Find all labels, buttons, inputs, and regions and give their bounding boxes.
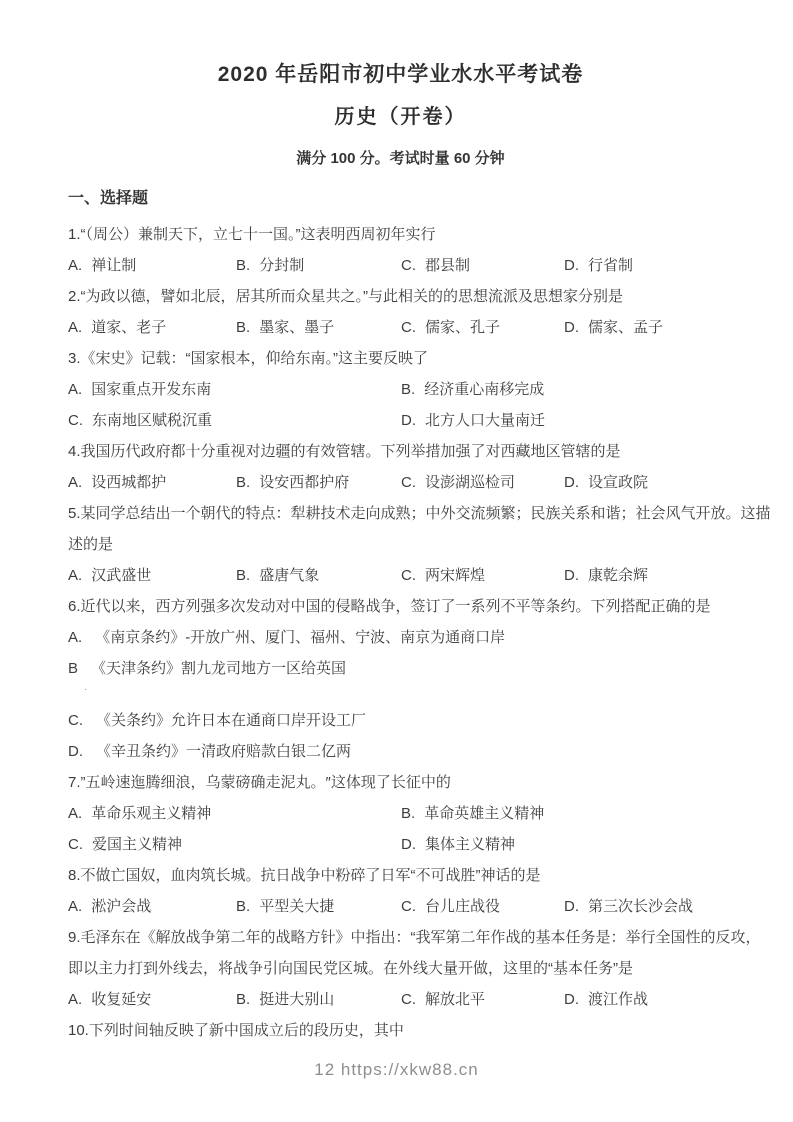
option-label: A. [68, 474, 82, 491]
options-row: C.东南地区赋税沉重 D.北方人口大量南迁 [68, 405, 733, 436]
options-row: A.禅让制 B.分封制 C.郡县制 D.行省制 [68, 250, 733, 281]
option-label: D. [564, 474, 579, 491]
option-text: 儒家、孔子 [425, 319, 500, 336]
option-b: B.盛唐气象 [236, 560, 401, 591]
option-text: 集体主义精神 [425, 836, 515, 853]
option-b: B.设安西都护府 [236, 467, 401, 498]
option-label: C. [401, 567, 416, 584]
option-text: 设西城都护 [91, 474, 166, 491]
option-label: B. [236, 257, 250, 274]
question-text: 4.我国历代政府都十分重视对边疆的有效管辖。下列举措加强了对西藏地区管辖的是 [68, 436, 733, 467]
option-text: 东南地区赋税沉重 [92, 412, 212, 429]
option-text: 《天津条约》割九龙司地方一区给英国 [91, 660, 346, 677]
option-label: D. [564, 567, 579, 584]
option-c: C.设澎湖巡检司 [401, 467, 564, 498]
option-label: B. [236, 898, 250, 915]
option-label: C. [401, 319, 416, 336]
question-6: 6.近代以来，西方列强多次发动对中国的侵略战争，签订了一系列不平等条约。下列搭配… [68, 591, 733, 767]
option-text: 第三次长沙会战 [588, 898, 693, 915]
question-4: 4.我国历代政府都十分重视对边疆的有效管辖。下列举措加强了对西藏地区管辖的是 A… [68, 436, 733, 498]
option-d: D.设宣政院 [564, 467, 733, 498]
option-a: A.汉武盛世 [68, 560, 236, 591]
option-text: 墨家、墨子 [259, 319, 334, 336]
options-row: A.道家、老子 B.墨家、墨子 C.儒家、孔子 D.儒家、孟子 [68, 312, 733, 343]
option-label: C. [401, 474, 416, 491]
option-c: C.两宋辉煌 [401, 560, 564, 591]
option-label: C. [68, 712, 83, 729]
options-row: A.设西城都护 B.设安西都护府 C.设澎湖巡检司 D.设宣政院 [68, 467, 733, 498]
option-label: D. [401, 836, 416, 853]
option-d: D.第三次长沙会战 [564, 891, 733, 922]
options-row: A.收复延安 B.挺进大别山 C.解放北平 D.渡江作战 [68, 984, 733, 1015]
option-text: 设宣政院 [588, 474, 648, 491]
option-a: A.国家重点开发东南 [68, 374, 401, 405]
option-d: D.北方人口大量南迁 [401, 405, 733, 436]
option-label: D. [401, 412, 416, 429]
option-label: B. [236, 474, 250, 491]
option-text: 平型关大捷 [259, 898, 334, 915]
option-text: 渡江作战 [588, 991, 648, 1008]
question-list: 1.“（周公）兼制天下，立七十一国。”这表明西周初年实行 A.禅让制 B.分封制… [68, 219, 733, 1046]
option-a: A.收复延安 [68, 984, 236, 1015]
page-title: 2020 年岳阳市初中学业水水平考试卷 [68, 62, 733, 88]
option-label: A. [68, 567, 82, 584]
option-a: A.道家、老子 [68, 312, 236, 343]
option-label: B. [236, 991, 250, 1008]
option-text: 革命英雄主义精神 [424, 805, 544, 822]
question-text: 5.某同学总结出一个朝代的特点：犁耕技术走向成熟；中外交流频繁；民族关系和谐；社… [68, 498, 733, 529]
option-b: B.平型关大捷 [236, 891, 401, 922]
question-text: 7.”五岭速迤腾细浪，乌蒙磅确走泥丸。″这体现了长征中的 [68, 767, 733, 798]
option-d: D.儒家、孟子 [564, 312, 733, 343]
option-text: 革命乐观主义精神 [91, 805, 211, 822]
option-a: A.《南京条约》-开放广州、厦门、福州、宁波、南京为通商口岸 [68, 622, 733, 653]
option-label: A. [68, 898, 82, 915]
question-1: 1.“（周公）兼制天下，立七十一国。”这表明西周初年实行 A.禅让制 B.分封制… [68, 219, 733, 281]
option-text: 爱国主义精神 [92, 836, 182, 853]
option-c: C.解放北平 [401, 984, 564, 1015]
option-c: C.台儿庄战役 [401, 891, 564, 922]
option-b: B.经济重心南移完成 [401, 374, 733, 405]
option-text: 设澎湖巡检司 [425, 474, 515, 491]
option-text: 台儿庄战役 [425, 898, 500, 915]
option-d: D.集体主义精神 [401, 829, 733, 860]
option-label: D. [564, 991, 579, 1008]
option-label: A. [68, 629, 82, 646]
exam-info: 满分 100 分。考试时量 60 分钟 [68, 148, 733, 170]
option-text: 淞沪会战 [91, 898, 151, 915]
exam-paper-page: 2020 年岳阳市初中学业水水平考试卷 历史（开卷） 满分 100 分。考试时量… [0, 0, 793, 1122]
option-label: C. [401, 257, 416, 274]
option-d: D.康乾余辉 [564, 560, 733, 591]
option-text: 收复延安 [91, 991, 151, 1008]
question-3: 3.《宋史》记载：“国家根本，仰给东南。”这主要反映了 A.国家重点开发东南 B… [68, 343, 733, 436]
option-label: D. [564, 898, 579, 915]
question-text: 8.不做亡国奴，血肉筑长城。抗日战争中粉碎了日军“不可战胜”神话的是 [68, 860, 733, 891]
option-c: C.郡县制 [401, 250, 564, 281]
option-label: B. [401, 381, 415, 398]
option-a: A.革命乐观主义精神 [68, 798, 401, 829]
option-a: A.淞沪会战 [68, 891, 236, 922]
option-text: 禅让制 [91, 257, 136, 274]
question-text: 3.《宋史》记载：“国家根本，仰给东南。”这主要反映了 [68, 343, 733, 374]
option-c: C.爱国主义精神 [68, 829, 401, 860]
page-footer: 12 https://xkw88.cn [0, 1058, 793, 1082]
question-text: 即以主力打到外线去，将战争引向国民党区城。在外线大量开做，这里的“基本任务”是 [68, 953, 733, 984]
option-text: 儒家、孟子 [588, 319, 663, 336]
option-text: 郡县制 [425, 257, 470, 274]
question-text: 10.下列时间轴反映了新中国成立后的段历史，其中 [68, 1015, 733, 1046]
option-text: 挺进大别山 [259, 991, 334, 1008]
option-a: A.设西城都护 [68, 467, 236, 498]
question-text: 2.“为政以德，譬如北辰，居其所而众星共之。”与此相关的的思想流派及思想家分别是 [68, 281, 733, 312]
option-label: A. [68, 381, 82, 398]
options-row: A.国家重点开发东南 B.经济重心南移完成 [68, 374, 733, 405]
option-b: B《天津条约》割九龙司地方一区给英国 [68, 653, 733, 684]
option-text: 北方人口大量南迁 [425, 412, 545, 429]
options-row: A.革命乐观主义精神 B.革命英雄主义精神 [68, 798, 733, 829]
question-text: 述的是 [68, 529, 733, 560]
option-d: D.渡江作战 [564, 984, 733, 1015]
option-text: 盛唐气象 [259, 567, 319, 584]
option-b: B.墨家、墨子 [236, 312, 401, 343]
option-text: 汉武盛世 [91, 567, 151, 584]
option-text: 《关条约》允许日本在通商口岸开设工厂 [96, 712, 366, 729]
option-label: D. [564, 319, 579, 336]
option-text: 康乾余辉 [588, 567, 648, 584]
option-label: B [68, 660, 78, 677]
option-label: A. [68, 991, 82, 1008]
option-text: 设安西都护府 [259, 474, 349, 491]
option-label: A. [68, 257, 82, 274]
option-text: 国家重点开发东南 [91, 381, 211, 398]
question-text: 1.“（周公）兼制天下，立七十一国。”这表明西周初年实行 [68, 219, 733, 250]
option-d: D.《辛丑条约》一清政府赔款白银二亿两 [68, 736, 733, 767]
option-text: 两宋辉煌 [425, 567, 485, 584]
option-label: C. [68, 412, 83, 429]
question-8: 8.不做亡国奴，血肉筑长城。抗日战争中粉碎了日军“不可战胜”神话的是 A.淞沪会… [68, 860, 733, 922]
option-c: C.东南地区赋税沉重 [68, 405, 401, 436]
option-label: B. [236, 567, 250, 584]
option-label: C. [401, 898, 416, 915]
option-label: C. [401, 991, 416, 1008]
question-5: 5.某同学总结出一个朝代的特点：犁耕技术走向成熟；中外交流频繁；民族关系和谐；社… [68, 498, 733, 591]
question-text: 9.毛泽东在《解放战争第二年的战略方针》中指出：“我军第二年作战的基本任务是：举… [68, 922, 733, 953]
options-row: A.淞沪会战 B.平型关大捷 C.台儿庄战役 D.第三次长沙会战 [68, 891, 733, 922]
question-2: 2.“为政以德，譬如北辰，居其所而众星共之。”与此相关的的思想流派及思想家分别是… [68, 281, 733, 343]
option-text: 解放北平 [425, 991, 485, 1008]
option-text: 《南京条约》-开放广州、厦门、福州、宁波、南京为通商口岸 [95, 629, 505, 646]
option-label: C. [68, 836, 83, 853]
option-label: D. [564, 257, 579, 274]
question-text: 6.近代以来，西方列强多次发动对中国的侵略战争，签订了一系列不平等条约。下列搭配… [68, 591, 733, 622]
option-d: D.行省制 [564, 250, 733, 281]
option-text: 经济重心南移完成 [424, 381, 544, 398]
section-title: 一、选择题 [68, 187, 733, 211]
option-label: A. [68, 319, 82, 336]
option-label: A. [68, 805, 82, 822]
option-c: C.儒家、孔子 [401, 312, 564, 343]
question-9: 9.毛泽东在《解放战争第二年的战略方针》中指出：“我军第二年作战的基本任务是：举… [68, 922, 733, 1015]
question-10: 10.下列时间轴反映了新中国成立后的段历史，其中 [68, 1015, 733, 1046]
options-row: A.汉武盛世 B.盛唐气象 C.两宋辉煌 D.康乾余辉 [68, 560, 733, 591]
option-text: 《辛丑条约》一清政府赔款白银二亿两 [96, 743, 351, 760]
question-7: 7.”五岭速迤腾细浪，乌蒙磅确走泥丸。″这体现了长征中的 A.革命乐观主义精神 … [68, 767, 733, 860]
option-c: C.《关条约》允许日本在通商口岸开设工厂 [68, 705, 733, 736]
option-a: A.禅让制 [68, 250, 236, 281]
option-b: B.革命英雄主义精神 [401, 798, 733, 829]
option-b: B.分封制 [236, 250, 401, 281]
option-label: D. [68, 743, 83, 760]
page-content: 2020 年岳阳市初中学业水水平考试卷 历史（开卷） 满分 100 分。考试时量… [0, 0, 793, 1046]
option-b: B.挺进大别山 [236, 984, 401, 1015]
option-text: 分封制 [259, 257, 304, 274]
option-label: B. [401, 805, 415, 822]
subject-subtitle: 历史（开卷） [68, 104, 733, 130]
options-row: C.爱国主义精神 D.集体主义精神 [68, 829, 733, 860]
option-text: 行省制 [588, 257, 633, 274]
stray-scan-mark: · [68, 684, 733, 705]
option-label: B. [236, 319, 250, 336]
option-text: 道家、老子 [91, 319, 166, 336]
